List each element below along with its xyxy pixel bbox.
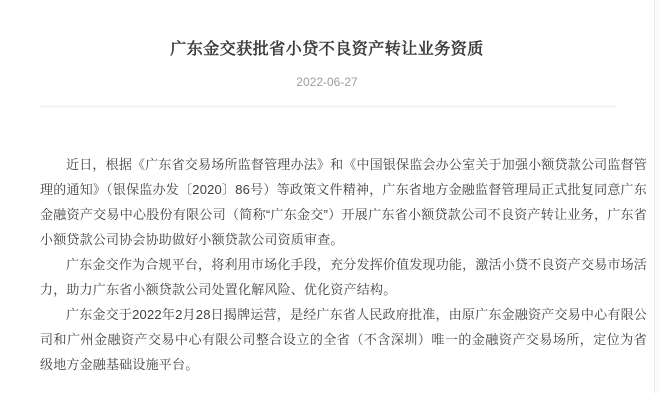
article-paragraph-2: 广东金交作为合规平台，将利用市场化手段，充分发挥价值发现功能，激活小贷不良资产交… bbox=[40, 252, 647, 302]
article-title: 广东金交获批省小贷不良资产转让业务资质 bbox=[0, 0, 654, 62]
article-paragraph-3: 广东金交于2022年2月28日揭牌运营，是经广东省人民政府批准，由原广东金融资产… bbox=[40, 302, 647, 377]
title-divider bbox=[40, 105, 616, 108]
article-paragraph-1: 近日，根据《广东省交易场所监督管理办法》和《中国银保监会办公室关于加强小额贷款公… bbox=[40, 152, 647, 252]
article-date: 2022-06-27 bbox=[0, 74, 654, 90]
page: { "article": { "title": "广东金交获批省小贷不良资产转让… bbox=[0, 0, 660, 393]
page-right-gutter bbox=[655, 0, 660, 393]
article-body: 近日，根据《广东省交易场所监督管理办法》和《中国银保监会办公室关于加强小额贷款公… bbox=[40, 152, 647, 377]
article-card: 广东金交获批省小贷不良资产转让业务资质 2022-06-27 近日，根据《广东省… bbox=[0, 0, 655, 393]
